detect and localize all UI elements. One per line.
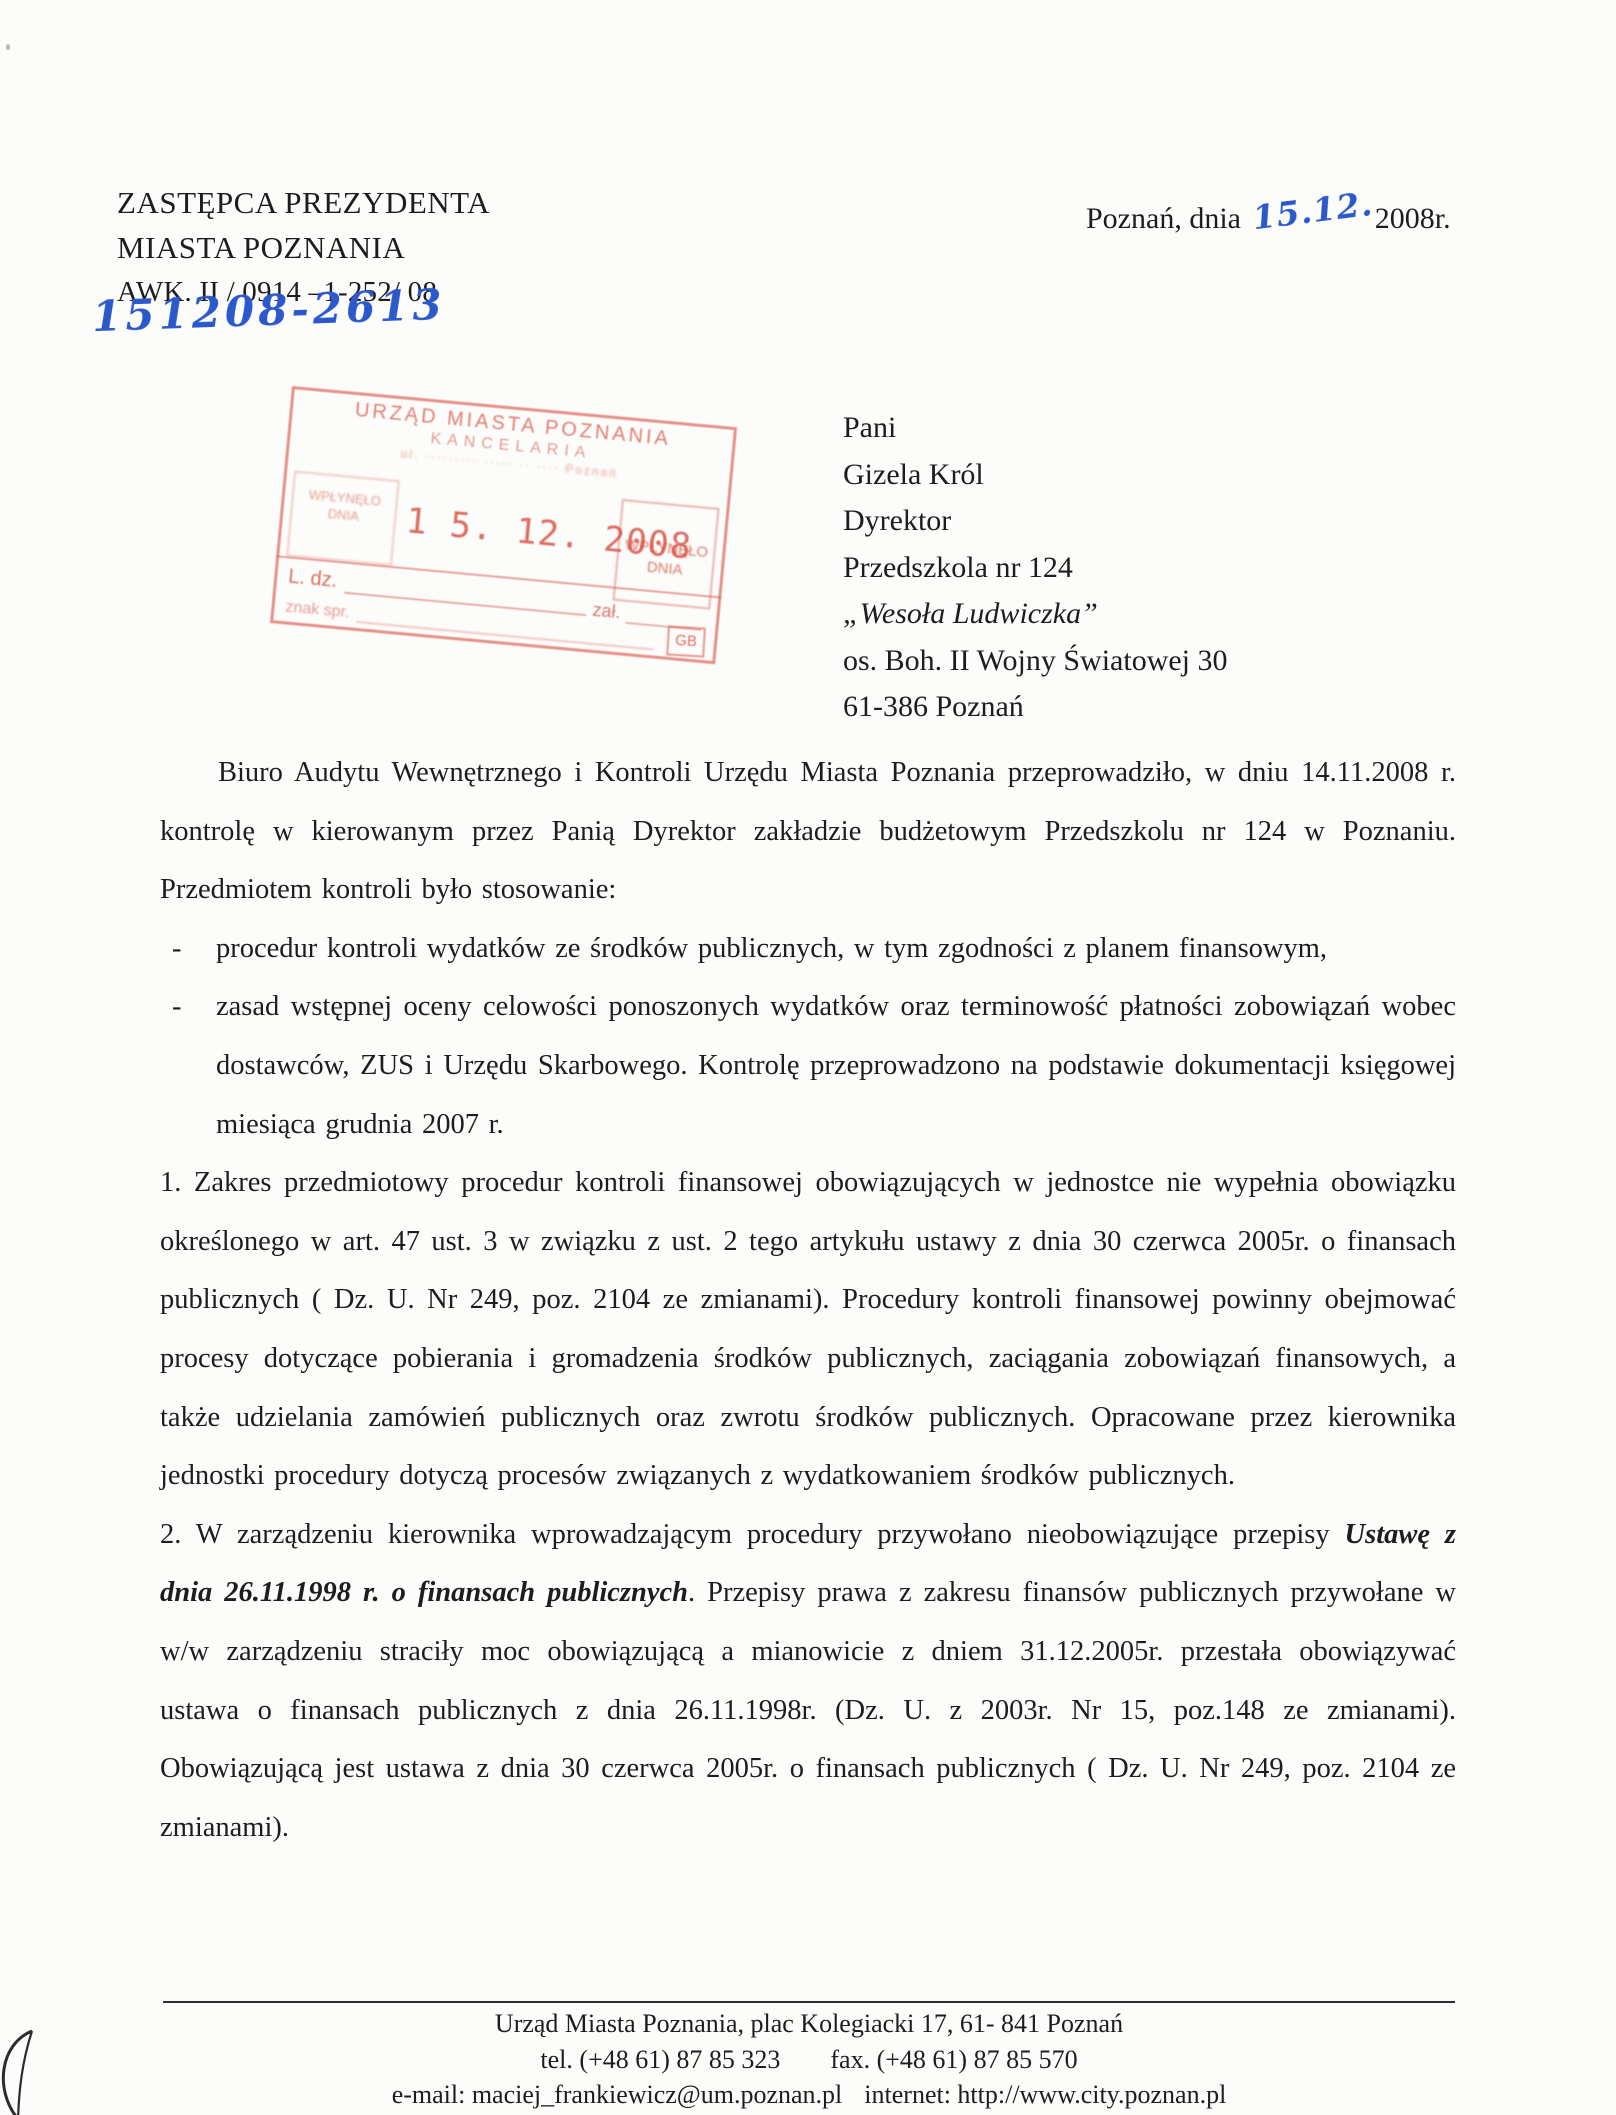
- footer-fax: fax. (+48 61) 87 85 570: [830, 2045, 1077, 2074]
- recipient-city: 61-386 Poznań: [843, 684, 1228, 731]
- bullet-dash: -: [160, 978, 216, 1154]
- date-line: Poznań, dnia15.12.2008r.: [1086, 197, 1451, 236]
- recipient-salutation: Pani: [843, 405, 1228, 452]
- sender-title-line2: MIASTA POZNANIA: [117, 225, 490, 270]
- footer-block: Urząd Miasta Poznania, plac Kolegiacki 1…: [163, 2006, 1455, 2113]
- stamp-zal-label: zał.: [592, 600, 622, 623]
- body-item-1: 1. Zakres przedmiotowy procedur kontroli…: [160, 1154, 1456, 1506]
- stamp-znak-label: znak spr.: [285, 598, 350, 622]
- footer-address: Urząd Miasta Poznania, plac Kolegiacki 1…: [163, 2006, 1455, 2042]
- scan-speck: [6, 44, 10, 50]
- bullet-text: procedur kontroli wydatków ze środków pu…: [216, 920, 1456, 979]
- stamp-received-box-left: WPŁYNĘŁO DNIA: [286, 471, 399, 566]
- bullet-item: - procedur kontroli wydatków ze środków …: [160, 920, 1456, 979]
- footer-phones: tel. (+48 61) 87 85 323fax. (+48 61) 87 …: [163, 2042, 1455, 2078]
- body-item-2: 2. W zarządzeniu kierownika wprowadzając…: [160, 1506, 1456, 1858]
- date-year: 2008r.: [1375, 202, 1451, 235]
- footer-tel: tel. (+48 61) 87 85 323: [540, 2045, 780, 2074]
- stamp-initials-box: GB: [666, 625, 706, 657]
- footer-email: e-mail: maciej_frankiewicz@um.poznan.pl: [392, 2080, 843, 2109]
- footer-web: e-mail: maciej_frankiewicz@um.poznan.pli…: [163, 2077, 1455, 2113]
- recipient-institution-name: „Wesoła Ludwiczka”: [843, 591, 1228, 638]
- footer-internet: internet: http://www.city.poznan.pl: [864, 2080, 1226, 2109]
- recipient-institution: Przedszkola nr 124: [843, 545, 1228, 592]
- recipient-street: os. Boh. II Wojny Światowej 30: [843, 638, 1228, 685]
- pen-mark: [0, 2028, 62, 2115]
- body-item-2-after: . Przepisy prawa z zakresu finansów publ…: [160, 1577, 1456, 1842]
- office-received-stamp: URZĄD MIASTA POZNANIA KANCELARIA ul. ···…: [270, 386, 737, 664]
- sender-title-line1: ZASTĘPCA PREZYDENTA: [117, 180, 490, 225]
- body-paragraph-intro: Biuro Audytu Wewnętrznego i Kontroli Urz…: [160, 744, 1456, 920]
- bullet-text: zasad wstępnej oceny celowości ponoszony…: [216, 978, 1456, 1154]
- scanned-letter-page: { "document": { "sender": { "title_line1…: [0, 0, 1616, 2115]
- footer-divider: [163, 2001, 1455, 2003]
- recipient-block: Pani Gizela Król Dyrektor Przedszkola nr…: [843, 405, 1228, 731]
- date-prefix: Poznań, dnia: [1086, 202, 1241, 235]
- bullet-item: - zasad wstępnej oceny celowości ponoszo…: [160, 978, 1456, 1154]
- recipient-name: Gizela Król: [843, 452, 1228, 499]
- letter-body: Biuro Audytu Wewnętrznego i Kontroli Urz…: [160, 744, 1456, 1857]
- body-item-2-before: 2. W zarządzeniu kierownika wprowadzając…: [160, 1519, 1345, 1550]
- bullet-dash: -: [160, 920, 216, 979]
- handwritten-date: 15.12.: [1250, 184, 1375, 237]
- recipient-role: Dyrektor: [843, 498, 1228, 545]
- stamp-ldz-label: L. dz.: [287, 566, 338, 593]
